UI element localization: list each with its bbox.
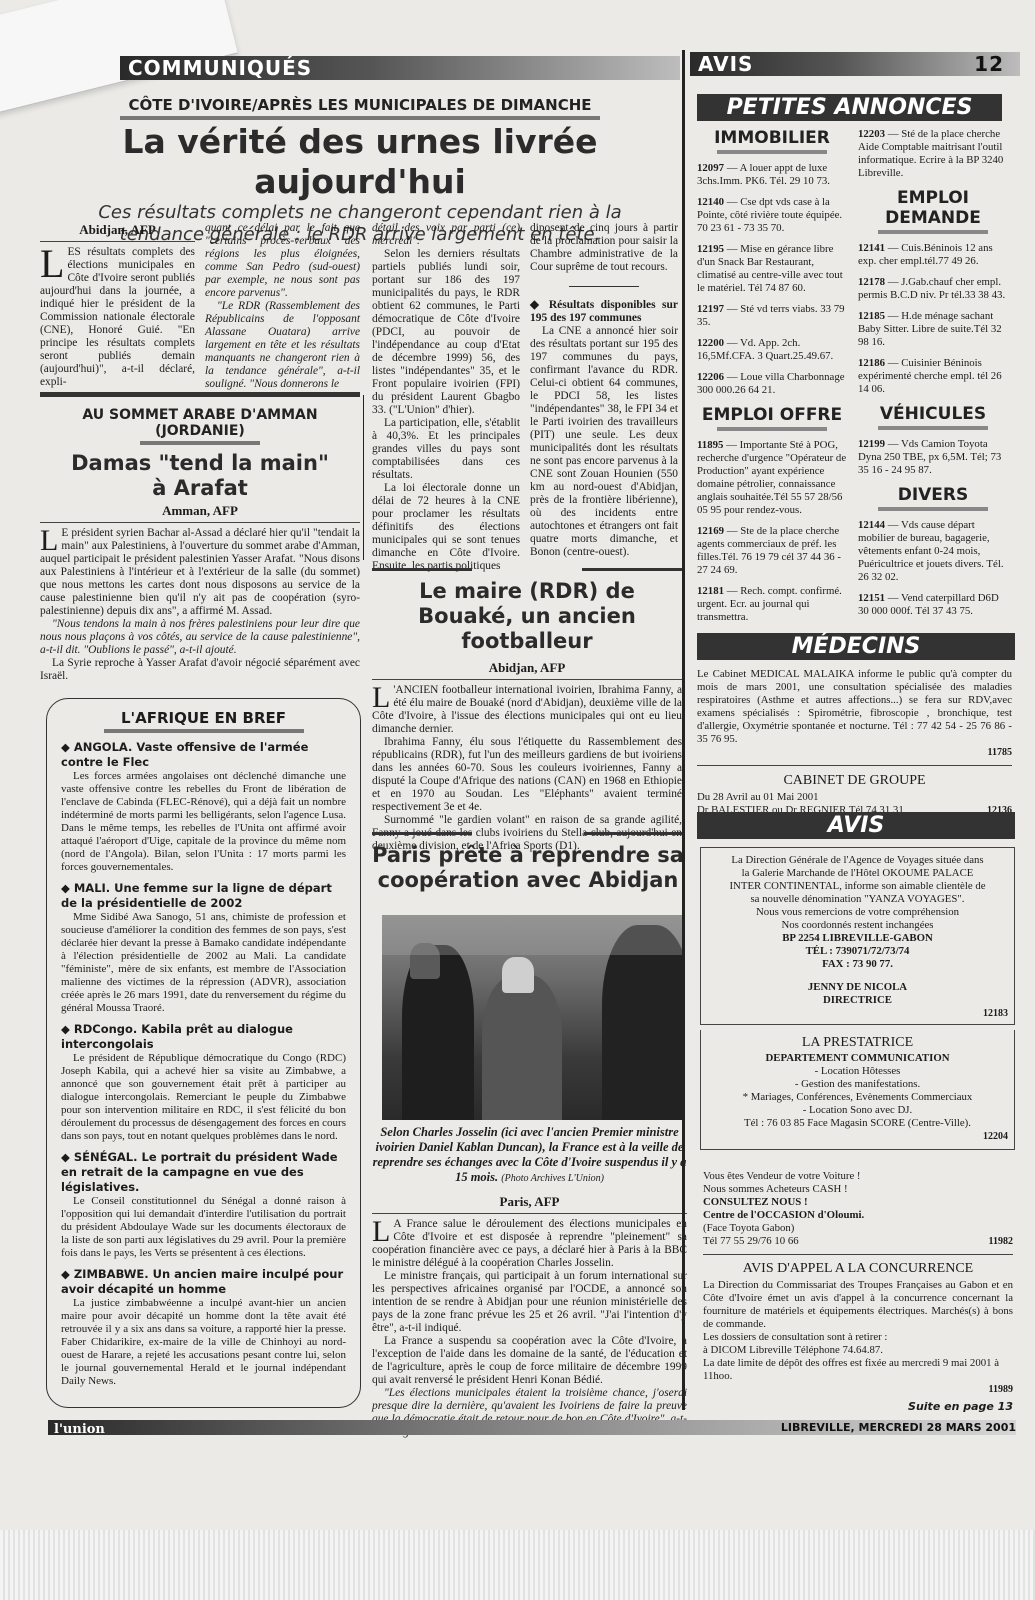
- classified-ad: 11895 — Importante Sté à POG, recherche …: [697, 439, 847, 517]
- photo-sky: [382, 915, 684, 955]
- ad-line: la Galerie Marchande de l'Hôtel OKOUME P…: [707, 867, 1008, 880]
- yanza-voyages-ad: La Direction Générale de l'Agence de Voy…: [700, 847, 1015, 1025]
- ad-line: Centre de l'OCCASION d'Oloumi.: [703, 1209, 1013, 1222]
- lead-col-4: diposent de cinq jours à partir de la pr…: [530, 222, 678, 559]
- category-emploi-demande: EMPLOI DEMANDE: [858, 188, 1008, 228]
- signatory-role: DIRECTRICE: [707, 994, 1008, 1007]
- article-rules: [372, 568, 682, 571]
- paragraph: Selon les derniers résultats partiels pu…: [372, 248, 520, 417]
- subheading: ◆ Résultats disponibles sur 195 des 197 …: [530, 299, 678, 325]
- classified-ad: 12151 — Vend caterpillard D6D 30 000 000…: [858, 592, 1008, 618]
- paris-dateline: Paris, AFP: [372, 1194, 687, 1214]
- classified-ad: 12185 — H.de ménage sachant Baby Sitter.…: [858, 310, 1008, 349]
- medecins-band: MÉDECINS: [697, 633, 1015, 660]
- footer-band: l'union LIBREVILLE, MERCREDI 28 MARS 200…: [48, 1420, 1016, 1435]
- classified-ad: 12169 — Ste de la place cherche agents c…: [697, 525, 847, 577]
- category-immobilier: IMMOBILIER: [697, 128, 847, 148]
- column-separator: [682, 50, 685, 1410]
- ad-ref: 12204: [707, 1130, 1008, 1143]
- ad-line: - Location Sono avec DJ.: [707, 1104, 1008, 1117]
- rule: [582, 568, 682, 571]
- briefs-title: L'AFRIQUE EN BREF: [61, 709, 346, 727]
- ad-subtitle: DEPARTEMENT COMMUNICATION: [707, 1052, 1008, 1065]
- newspaper-logo: l'union: [48, 1422, 105, 1437]
- category-underline: [878, 426, 988, 430]
- category-underline: [717, 150, 827, 154]
- ad-paragraph: La date limite de dépôt des offres est f…: [703, 1357, 1013, 1383]
- category-underline: [717, 427, 827, 431]
- brief-headline: ◆ RDCongo. Kabila prêt au dialogue inter…: [61, 1022, 346, 1052]
- ad-paragraph: La Direction du Commissariat des Troupes…: [703, 1279, 1013, 1331]
- category-emploi-offre: EMPLOI OFFRE: [697, 405, 847, 425]
- avis-band: AVIS: [697, 812, 1015, 839]
- rule: [372, 832, 472, 835]
- brief-headline: ◆ ANGOLA. Vaste offensive de l'armée con…: [61, 740, 346, 770]
- ad-ref: 12183: [707, 1007, 1008, 1020]
- section-title: AVIS: [698, 52, 753, 76]
- brief-text: Le Conseil constitutionnel du Sénégal a …: [61, 1195, 346, 1260]
- petites-annonces-band: PETITES ANNONCES: [697, 94, 1002, 121]
- paragraph: La CNE a annoncé hier soir des résultats…: [530, 325, 678, 559]
- lead-col-1: Abidjan, AFP LES résultats complets des …: [40, 222, 195, 389]
- paris-article: Selon Charles Josselin (ici avec l'ancie…: [372, 1125, 687, 1439]
- newspaper-page: COMMUNIQUÉS AVIS 12 CÔTE D'IVOIRE/APRÈS …: [0, 0, 1035, 1530]
- photo-figure: [482, 975, 562, 1120]
- article-rules: [372, 832, 684, 835]
- lead-col-2: quant ce délai par le fait que "certains…: [205, 222, 360, 391]
- notice-text: Le Cabinet MEDICAL MALAIKA informe le pu…: [697, 668, 1012, 745]
- ad-title: LA PRESTATRICE: [707, 1036, 1008, 1049]
- classified-ad: 12203 — Sté de la place cherche Aide Com…: [858, 128, 1008, 180]
- address: BP 2254 LIBREVILLE-GABON: [707, 932, 1008, 945]
- medecins-notice: Le Cabinet MEDICAL MALAIKA informe le pu…: [697, 668, 1012, 817]
- ad-ref: 12141: [858, 242, 885, 254]
- ad-ref: 12169: [697, 525, 724, 537]
- ad-line: sa nouvelle dénomination "YANZA VOYAGES"…: [707, 893, 1008, 906]
- classified-ad: 12178 — J.Gab.chauf cher empl. permis B.…: [858, 276, 1008, 302]
- ad-ref: 12185: [858, 310, 885, 322]
- dropcap: L: [372, 686, 390, 710]
- kicker-underline: [140, 441, 260, 445]
- ad-line: INTER CONTINENTAL, informe son aimable c…: [707, 880, 1008, 893]
- section-band-avis: AVIS 12: [690, 52, 1020, 76]
- paragraph: La participation, elle, s'établit à 40,3…: [372, 417, 520, 482]
- photo-caption: Selon Charles Josselin (ici avec l'ancie…: [372, 1125, 687, 1186]
- paragraph: "Nous tendons la main à nos frères pales…: [40, 618, 360, 657]
- ad-ref: 12097: [697, 162, 724, 174]
- category-divers: DIVERS: [858, 485, 1008, 505]
- telephone: Tél 77 55 29/76 10 66: [703, 1235, 799, 1248]
- classified-ad: 12181 — Rech. compt. confirmé. urgent. E…: [697, 585, 847, 624]
- issue-date: LIBREVILLE, MERCREDI 28 MARS 2001: [781, 1420, 1016, 1435]
- lead-col-3: détail des voix par parti (ce) mercredi"…: [372, 222, 520, 573]
- ad-line: Nous sommes Acheteurs CASH !: [703, 1183, 1013, 1196]
- ad-line: (Face Toyota Gabon): [703, 1222, 1013, 1235]
- appel-concurrence-ad: AVIS D'APPEL A LA CONCURRENCE La Directi…: [703, 1262, 1013, 1396]
- ad-ref: 12195: [697, 243, 724, 255]
- lead-dateline: Abidjan, AFP: [40, 222, 195, 242]
- ad-title: AVIS D'APPEL A LA CONCURRENCE: [703, 1262, 1013, 1275]
- ad-line: Tél : 76 03 85 Face Magasin SCORE (Centr…: [707, 1117, 1008, 1130]
- ad-paragraph: à DICOM Libreville Téléphone 74.64.87.: [703, 1344, 1013, 1357]
- kicker-underline: [104, 729, 304, 733]
- classified-ad: 12195 — Mise en gérance libre d'un Snack…: [697, 243, 847, 295]
- ad-ref: 12197: [697, 303, 724, 315]
- column-rule: [363, 395, 364, 560]
- prestatrice-ad: LA PRESTATRICE DEPARTEMENT COMMUNICATION…: [700, 1030, 1015, 1150]
- section-rule: [40, 392, 360, 397]
- amman-dateline: Amman, AFP: [40, 503, 360, 523]
- classified-ad: 12199 — Vds Camion Toyota Dyna 250 TBE, …: [858, 438, 1008, 477]
- fax: FAX : 73 90 77.: [707, 958, 1008, 971]
- divider: [697, 765, 1012, 766]
- divider: [703, 1254, 1013, 1255]
- ad-ref: 12203: [858, 128, 885, 140]
- classified-ad: 12144 — Vds cause départ mobilier de bur…: [858, 519, 1008, 584]
- signatory: JENNY DE NICOLA: [707, 981, 1008, 994]
- brief-text: Les forces armées angolaises ont déclenc…: [61, 770, 346, 874]
- ad-paragraph: Les dossiers de consultation sont à reti…: [703, 1331, 1013, 1344]
- continued-link[interactable]: Suite en page 13: [908, 1400, 1013, 1413]
- ad-ref: 12200: [697, 337, 724, 349]
- rule: [372, 568, 472, 571]
- bouake-dateline: Abidjan, AFP: [372, 660, 682, 680]
- ad-line: CONSULTEZ NOUS !: [703, 1196, 1013, 1209]
- ad-line: Vous êtes Vendeur de votre Voiture !: [703, 1170, 1013, 1183]
- page-number: 12: [974, 52, 1004, 76]
- ad-ref: 12199: [858, 438, 885, 450]
- paragraph: E président syrien Bachar al-Assad a déc…: [40, 527, 360, 617]
- classifieds-col-left: IMMOBILIER 12097 — A louer appt de luxe …: [697, 128, 847, 632]
- lead-headline: La vérité des urnes livrée aujourd'hui: [40, 122, 680, 202]
- paragraph: La France a suspendu sa coopération avec…: [372, 1335, 687, 1387]
- ad-ref: 12151: [858, 592, 885, 604]
- cabinet-title: CABINET DE GROUPE: [697, 774, 1012, 787]
- ad-ref: 12181: [697, 585, 724, 597]
- occasion-ad: Vous êtes Vendeur de votre Voiture ! Nou…: [703, 1170, 1013, 1261]
- news-photo: [382, 915, 684, 1120]
- dropcap: L: [40, 529, 58, 553]
- classified-ad: 12200 — Vd. App. 2ch. 16,5Mf.CFA. 3 Quar…: [697, 337, 847, 363]
- paragraph: Ibrahima Fanny, élu sous l'étiquette du …: [372, 736, 682, 814]
- bouake-article: Le maire (RDR) de Bouaké, un ancien foot…: [372, 568, 682, 853]
- brief-headline: ◆ SÉNÉGAL. Le portrait du président Wade…: [61, 1150, 346, 1195]
- afrique-en-bref-box: L'AFRIQUE EN BREF ◆ ANGOLA. Vaste offens…: [46, 698, 361, 1408]
- brief-text: Mme Sidibé Awa Sanogo, 51 ans, chimiste …: [61, 911, 346, 1015]
- paragraph: 'ANCIEN footballeur international ivoiri…: [372, 684, 682, 735]
- ad-line: - Gestion des manifestations.: [707, 1078, 1008, 1091]
- ad-line: - Location Hôtesses: [707, 1065, 1008, 1078]
- ad-line: * Mariages, Conférences, Evènements Comm…: [707, 1091, 1008, 1104]
- ad-ref: 11895: [697, 439, 723, 451]
- amman-article: AU SOMMET ARABE D'AMMAN (JORDANIE) Damas…: [40, 392, 360, 683]
- amman-headline: Damas "tend la main" à Arafat: [70, 451, 330, 501]
- paragraph: "Le RDR (Rassemblement des Républicains …: [205, 300, 360, 391]
- dropcap: L: [372, 1220, 390, 1244]
- ad-ref: 12144: [858, 519, 885, 531]
- photo-figure-head: [502, 957, 534, 993]
- ad-ref: 12206: [697, 371, 724, 383]
- ad-row: Tél 77 55 29/76 10 66 11982: [703, 1235, 1013, 1248]
- classified-ad: 12141 — Cuis.Béninois 12 ans exp. cher e…: [858, 242, 1008, 268]
- kicker-underline: [120, 116, 600, 120]
- ad-ref: 11785: [697, 746, 1012, 759]
- ad-ref: 12186: [858, 357, 885, 369]
- cabinet-dates: Du 28 Avril au 01 Mai 2001: [697, 791, 1012, 804]
- paragraph: détail des voix par parti (ce) mercredi"…: [372, 222, 520, 248]
- ad-ref: 11989: [703, 1383, 1013, 1396]
- ad-ref: 11982: [989, 1235, 1013, 1248]
- paris-headline: Paris prête à reprendre sa coopération a…: [372, 843, 684, 893]
- classified-ad: 12206 — Loue villa Charbonnage 300 000.2…: [697, 371, 847, 397]
- dropcap: L: [40, 248, 64, 280]
- brief-text: Le président de République démocratique …: [61, 1052, 346, 1143]
- paris-article-header: Paris prête à reprendre sa coopération a…: [372, 832, 684, 893]
- ad-line: Nos coordonnés restent inchangées: [707, 919, 1008, 932]
- paragraph: A France salue le déroulement des électi…: [372, 1218, 687, 1269]
- category-vehicules: VÉHICULES: [858, 404, 1008, 424]
- classified-ad: 12186 — Cuisinier Béninois expérimenté c…: [858, 357, 1008, 396]
- ad-ref: 12178: [858, 276, 885, 288]
- rule: [584, 832, 684, 835]
- telephone: TÉL : 739071/72/73/74: [707, 945, 1008, 958]
- brief-text: La justice zimbabwéenne a inculpé avant-…: [61, 1297, 346, 1388]
- divider: [569, 286, 639, 287]
- paragraph: Le ministre français, qui participait à …: [372, 1270, 687, 1335]
- brief-headline: ◆ ZIMBABWE. Un ancien maire inculpé pour…: [61, 1267, 346, 1297]
- classifieds-col-right: 12203 — Sté de la place cherche Aide Com…: [858, 128, 1008, 626]
- bouake-headline: Le maire (RDR) de Bouaké, un ancien foot…: [372, 579, 682, 654]
- paragraph: quant ce délai par le fait que "certains…: [205, 222, 360, 300]
- ad-ref: 12140: [697, 196, 724, 208]
- photo-credit: (Photo Archives L'Union): [501, 1173, 604, 1184]
- brief-headline: ◆ MALI. Une femme sur la ligne de départ…: [61, 881, 346, 911]
- classified-ad: 12097 — A louer appt de luxe 3chs.Imm. P…: [697, 162, 847, 188]
- classified-ad: 12140 — Cse dpt vds case à la Pointe, cô…: [697, 196, 847, 235]
- amman-kicker: AU SOMMET ARABE D'AMMAN: [40, 407, 360, 423]
- ad-line: Nous vous remercions de votre compréhens…: [707, 906, 1008, 919]
- lead-kicker: CÔTE D'IVOIRE/APRÈS LES MUNICIPALES DE D…: [40, 96, 680, 114]
- category-underline: [878, 507, 988, 511]
- paragraph: La loi électorale donne un délai de 72 h…: [372, 482, 520, 573]
- paragraph: La Syrie reproche à Yasser Arafat d'avoi…: [40, 657, 360, 683]
- classified-ad: 12197 — Sté vd terrs viabs. 33 79 35.: [697, 303, 847, 329]
- amman-kicker-2: (JORDANIE): [40, 423, 360, 439]
- ad-line: La Direction Générale de l'Agence de Voy…: [707, 854, 1008, 867]
- section-band-communiques: COMMUNIQUÉS: [120, 56, 680, 80]
- category-underline: [878, 230, 988, 234]
- scan-background: [0, 1530, 1035, 1600]
- paragraph: diposent de cinq jours à partir de la pr…: [530, 222, 678, 274]
- section-title: COMMUNIQUÉS: [128, 56, 312, 80]
